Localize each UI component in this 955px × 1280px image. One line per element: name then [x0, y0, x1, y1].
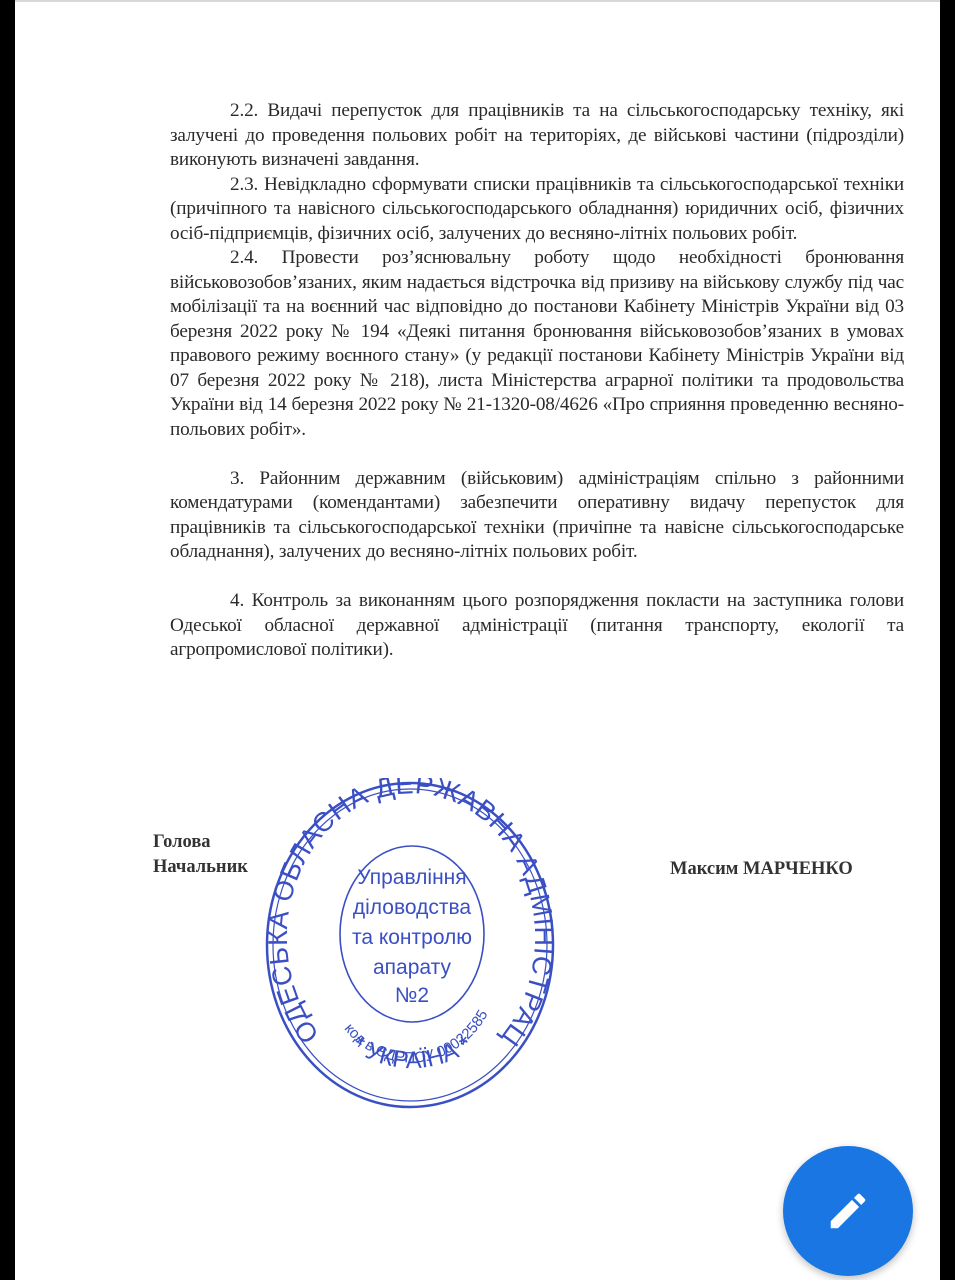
stamp-inner-line-4: апарату	[373, 956, 451, 979]
paragraph-2-2: 2.2. Видачі перепусток для працівників т…	[170, 99, 904, 173]
stamp-inner-line-1: Управління	[357, 866, 466, 889]
pencil-icon	[825, 1188, 871, 1234]
spacer	[170, 565, 904, 590]
stamp-inner-line-2: діловодства	[353, 896, 472, 919]
stamp-inner-line-5: №2	[395, 984, 429, 1007]
signatory-title-line1: Голова	[153, 830, 248, 855]
edit-fab-button[interactable]	[783, 1146, 913, 1276]
signatory-title: Голова Начальник	[153, 830, 248, 879]
paragraph-4: 4. Контроль за виконанням цього розпоряд…	[170, 589, 904, 663]
paragraph-2-3: 2.3. Невідкладно сформувати списки праці…	[170, 173, 904, 247]
document-page: 2.2. Видачі перепусток для працівників т…	[15, 0, 940, 1280]
stamp-inner-line-3: та контролю	[352, 926, 472, 949]
official-stamp: ОДЕСЬКА ОБЛАСНА ДЕРЖАВНА АДМІНІСТРАЦІЯ *…	[262, 778, 558, 1112]
signatory-title-line2: Начальник	[153, 855, 248, 880]
spacer	[170, 442, 904, 467]
document-body: 2.2. Видачі перепусток для працівників т…	[170, 99, 904, 663]
paragraph-2-4: 2.4. Провести роз’яснювальну роботу щодо…	[170, 246, 904, 442]
paragraph-3: 3. Районним державним (військовим) адмін…	[170, 467, 904, 565]
signatory-name: Максим МАРЧЕНКО	[670, 859, 853, 880]
